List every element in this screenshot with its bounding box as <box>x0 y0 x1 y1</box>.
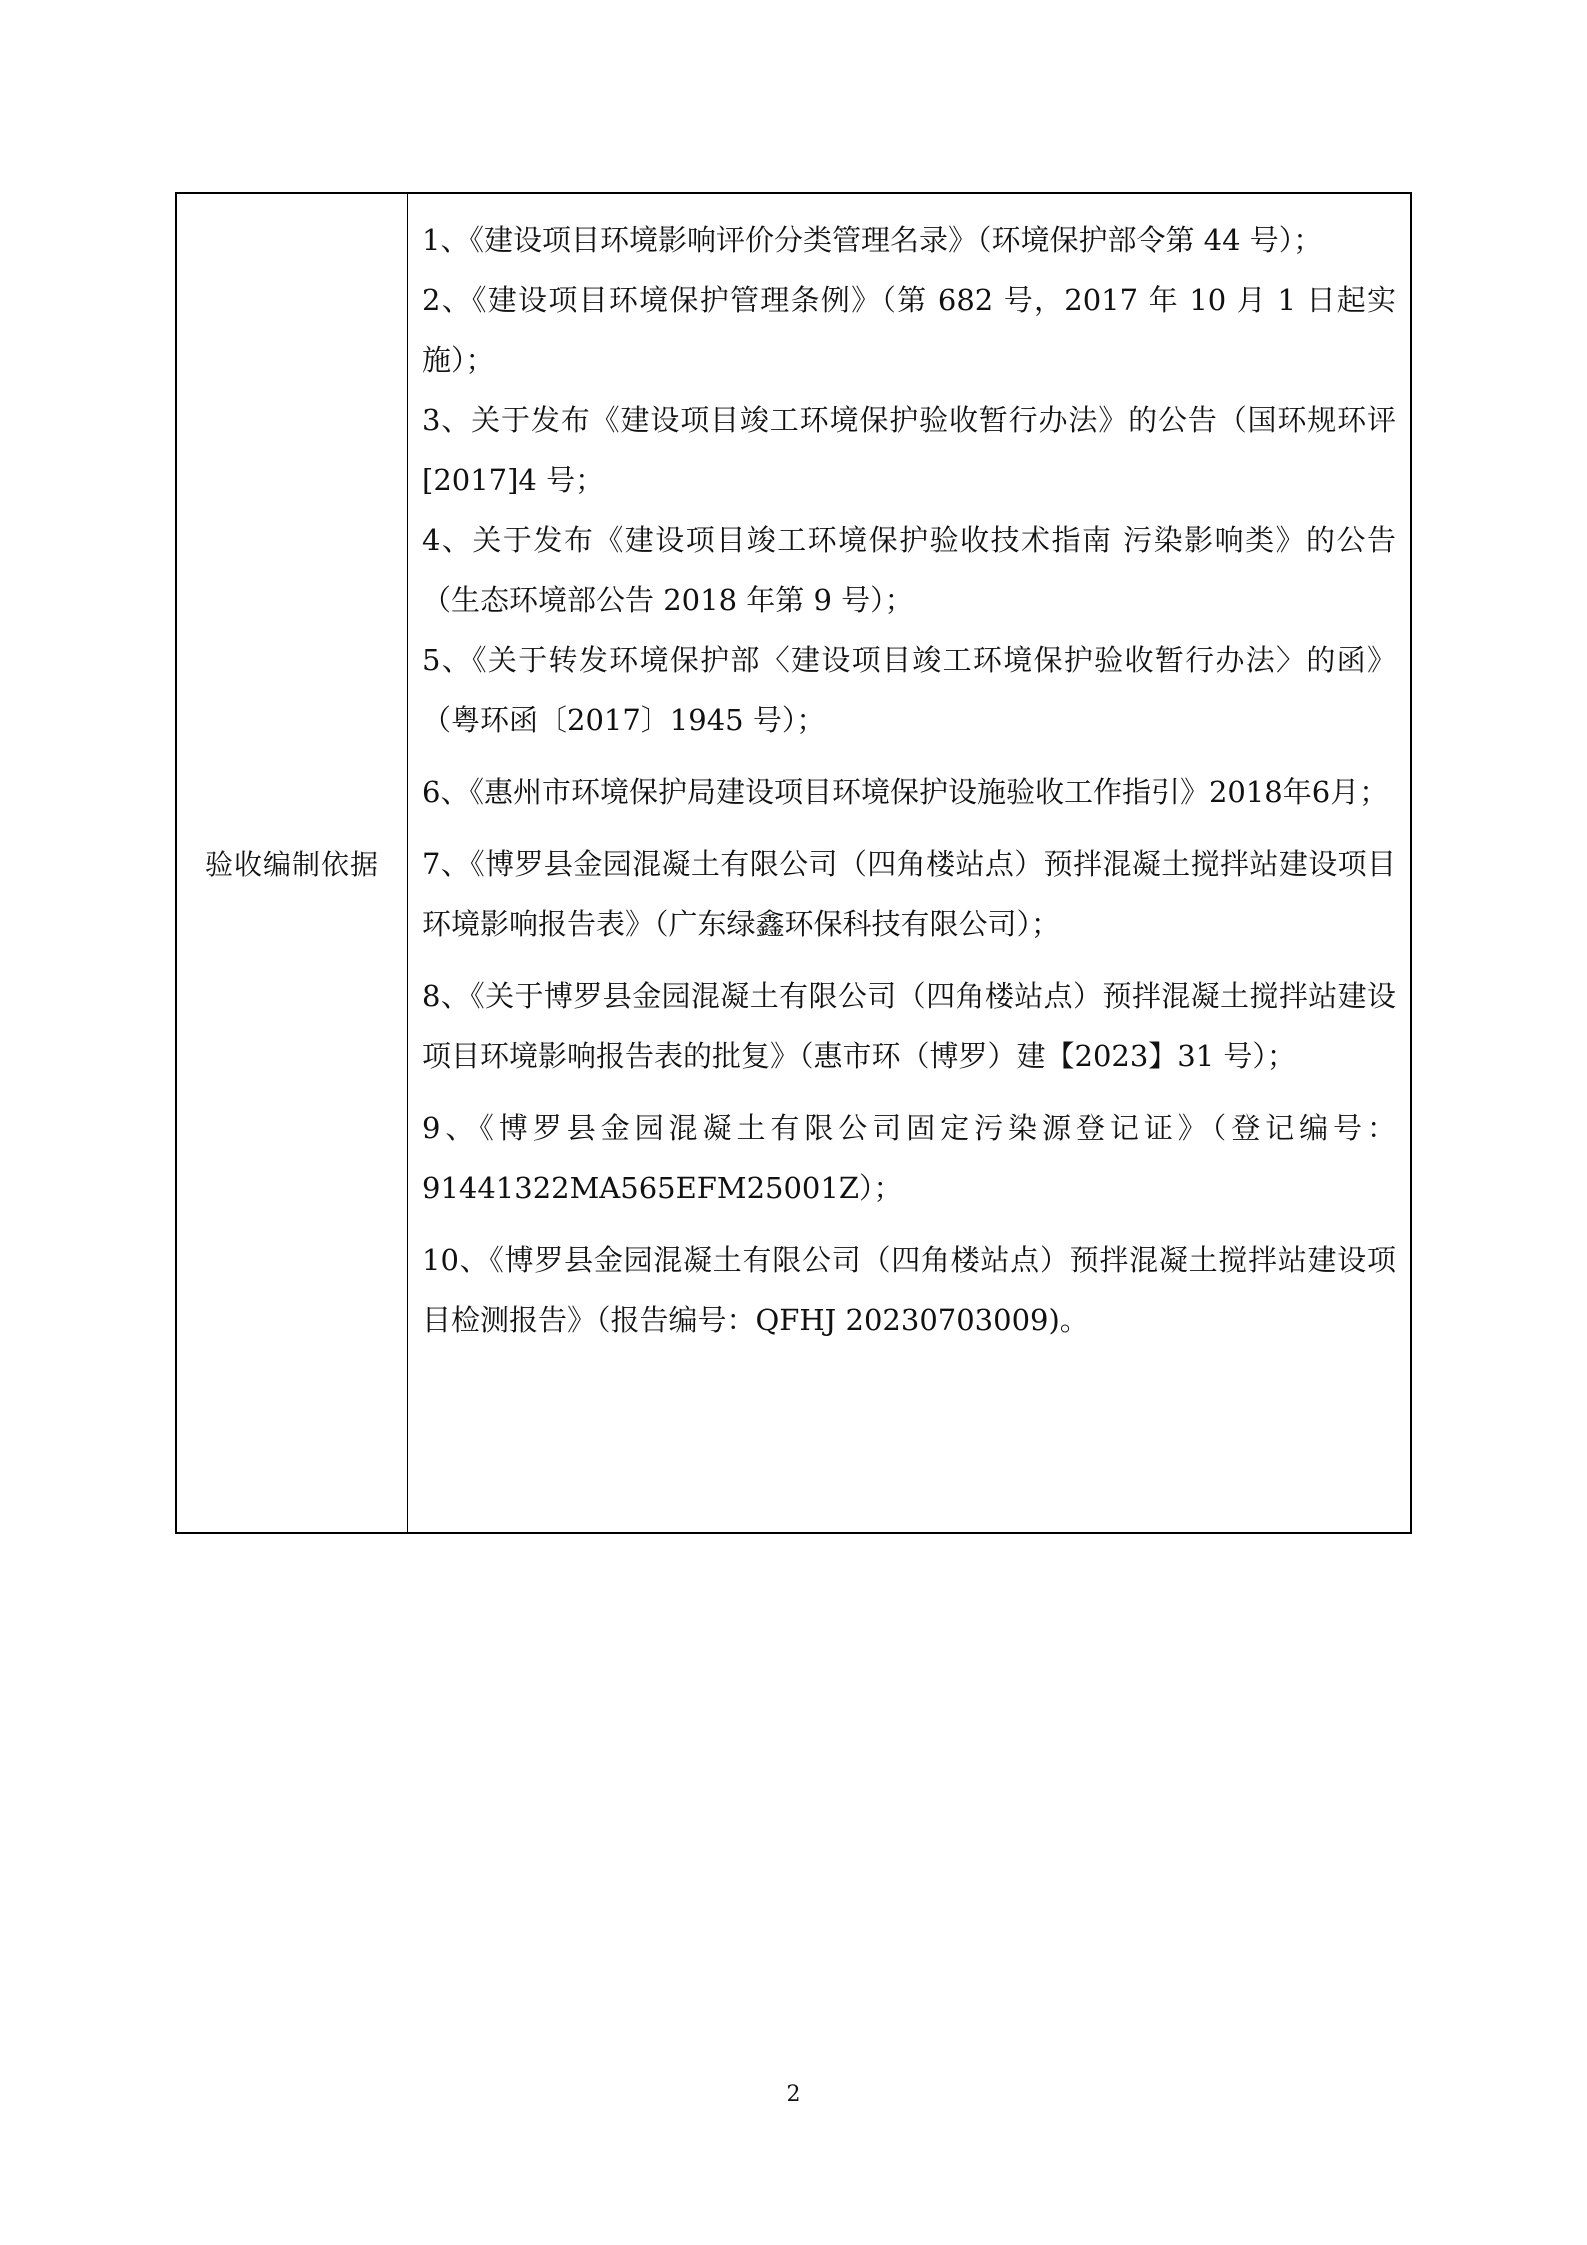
page-number: 2 <box>0 2082 1587 2107</box>
basis-item-7: 7、《博罗县金园混凝土有限公司（四角楼站点）预拌混凝土搅拌站建设项目环境影响报告… <box>422 834 1396 954</box>
basis-item-4: 4、关于发布《建设项目竣工环境保护验收技术指南 污染影响类》的公告（生态环境部公… <box>422 510 1396 630</box>
basis-item-3: 3、关于发布《建设项目竣工环境保护验收暂行办法》的公告（国环规环评[2017]4… <box>422 390 1396 510</box>
basis-item-2: 2、《建设项目环境保护管理条例》（第 682 号，2017 年 10 月 1 日… <box>422 270 1396 390</box>
basis-item-8: 8、《关于博罗县金园混凝土有限公司（四角楼站点）预拌混凝土搅拌站建设项目环境影响… <box>422 966 1396 1086</box>
basis-table: 验收编制依据 1、《建设项目环境影响评价分类管理名录》（环境保护部令第 44 号… <box>175 192 1412 1534</box>
basis-item-6: 6、《惠州市环境保护局建设项目环境保护设施验收工作指引》2018年6月； <box>422 762 1396 822</box>
basis-item-5: 5、《关于转发环境保护部〈建设项目竣工环境保护验收暂行办法〉的函》（粤环函〔20… <box>422 630 1396 750</box>
basis-item-9: 9、《博罗县金园混凝土有限公司固定污染源登记证》（登记编号：91441322MA… <box>422 1098 1396 1218</box>
basis-item-10: 10、《博罗县金园混凝土有限公司（四角楼站点）预拌混凝土搅拌站建设项目检测报告》… <box>422 1230 1396 1350</box>
row-label: 验收编制依据 <box>205 843 379 883</box>
document-page: 验收编制依据 1、《建设项目环境影响评价分类管理名录》（环境保护部令第 44 号… <box>0 0 1587 2245</box>
content-cell: 1、《建设项目环境影响评价分类管理名录》（环境保护部令第 44 号）； 2、《建… <box>408 194 1410 1532</box>
label-cell: 验收编制依据 <box>177 194 408 1532</box>
basis-item-1: 1、《建设项目环境影响评价分类管理名录》（环境保护部令第 44 号）； <box>422 210 1396 270</box>
